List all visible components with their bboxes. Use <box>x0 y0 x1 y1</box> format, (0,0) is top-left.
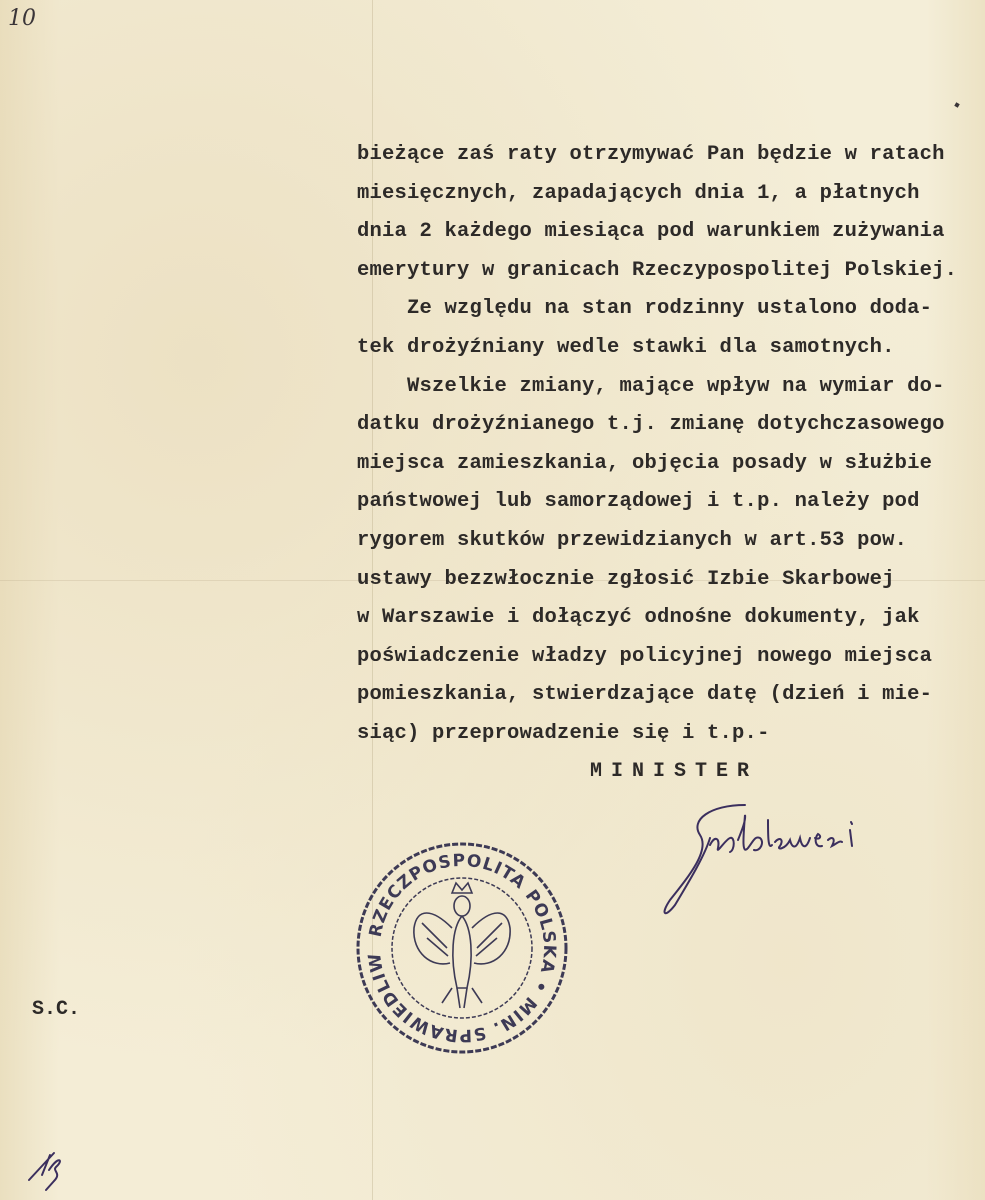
body-line: ustawy bezzwłocznie zgłosić Izbie Skarbo… <box>357 561 982 600</box>
ink-mark <box>954 102 959 107</box>
body-line: emerytury w granicach Rzeczypospolitej P… <box>357 252 982 291</box>
body-line: Wszelkie zmiany, mające wpływ na wymiar … <box>357 368 982 407</box>
body-line: dnia 2 każdego miesiąca pod warunkiem zu… <box>357 213 982 252</box>
body-line: bieżące zaś raty otrzymywać Pan będzie w… <box>357 136 982 175</box>
official-stamp: RZECZPOSPOLITA POLSKA • MIN. SPRAWIEDLIW… <box>352 838 572 1058</box>
body-line: tek drożyźniany wedle stawki dla samotny… <box>357 329 982 368</box>
handwritten-signature <box>650 800 920 920</box>
body-line: Ze względu na stan rodzinny ustalono dod… <box>357 290 982 329</box>
handwritten-initials <box>24 1145 74 1195</box>
signatory-title: MINISTER <box>590 760 758 783</box>
body-line: siąc) przeprowadzenie się i t.p.- <box>357 715 982 754</box>
body-line: poświadczenie władzy policyjnej nowego m… <box>357 638 982 677</box>
body-line: w Warszawie i dołączyć odnośne dokumenty… <box>357 599 982 638</box>
body-line: rygorem skutków przewidzianych w art.53 … <box>357 522 982 561</box>
body-line: datku drożyźnianego t.j. zmianę dotychcz… <box>357 406 982 445</box>
body-line: miesięcznych, zapadających dnia 1, a pła… <box>357 175 982 214</box>
eagle-emblem-icon <box>414 883 510 1008</box>
body-line: miejsca zamieszkania, objęcia posady w s… <box>357 445 982 484</box>
footer-note: S.C. <box>32 998 80 1021</box>
letter-body: bieżące zaś raty otrzymywać Pan będzie w… <box>357 136 982 754</box>
body-line: pomieszkania, stwierdzające datę (dzień … <box>357 676 982 715</box>
body-line: państwowej lub samorządowej i t.p. należ… <box>357 483 982 522</box>
page-number: 10 <box>8 6 36 31</box>
